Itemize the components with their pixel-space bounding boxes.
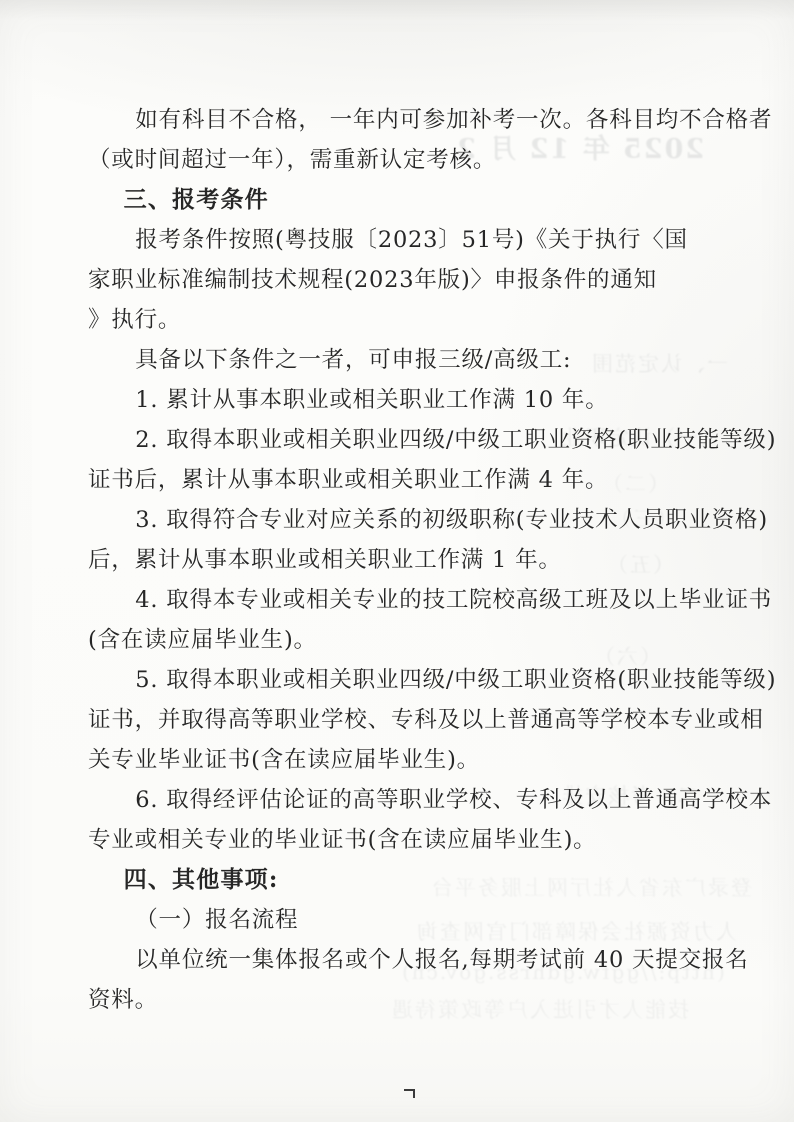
text-line: 6. 取得经评估论证的高等职业学校、专科及以上普通高学校本 [88,780,743,820]
text-line: 1. 累计从事本职业或相关职业工作满 10 年。 [88,380,743,420]
text-line: 家职业标准编制技术规程(2023年版)〉申报条件的通知 [88,260,743,300]
text-line: 2. 取得本职业或相关职业四级/中级工职业资格(职业技能等级) [88,420,743,460]
text-line: 证书，并取得高等职业学校、专科及以上普通高等学校本专业或相 [88,700,743,740]
text-line: 4. 取得本专业或相关专业的技工院校高级工班及以上毕业证书 [88,580,743,620]
text-line: 》执行。 [88,300,743,340]
document-body: 如有科目不合格， 一年内可参加补考一次。各科目均不合格者（或时间超过一年），需重… [88,100,743,1020]
text-line: （或时间超过一年），需重新认定考核。 [88,140,743,180]
text-line: 资料。 [88,980,743,1020]
scanned-document-page: 2025 年 12 月 2一、认定范围（一）认定职业（二）（三）（五）（六）二、… [0,0,794,1122]
text-line: (含在读应届毕业生)。 [88,620,743,660]
text-line: （一）报名流程 [88,900,743,940]
text-line: 专业或相关专业的毕业证书(含在读应届毕业生)。 [88,820,743,860]
text-line: 证书后，累计从事本职业或相关职业工作满 4 年。 [88,460,743,500]
section-heading: 四、其他事项: [124,860,743,900]
text-line: 报考条件按照(粤技服〔2023〕51号)《关于执行〈国 [88,220,743,260]
text-line: 如有科目不合格， 一年内可参加补考一次。各科目均不合格者 [88,100,743,140]
partial-page-number-mark [404,1089,415,1098]
text-line: 具备以下条件之一者，可申报三级/高级工: [88,340,743,380]
section-heading: 三、报考条件 [124,180,743,220]
text-line: 5. 取得本职业或相关职业四级/中级工职业资格(职业技能等级) [88,660,743,700]
text-line: 关专业毕业证书(含在读应届毕业生)。 [88,740,743,780]
scan-artifact-band [0,0,794,20]
text-line: 后，累计从事本职业或相关职业工作满 1 年。 [88,540,743,580]
text-line: 以单位统一集体报名或个人报名,每期考试前 40 天提交报名 [88,940,743,980]
text-line: 3. 取得符合专业对应关系的初级职称(专业技术人员职业资格) [88,500,743,540]
